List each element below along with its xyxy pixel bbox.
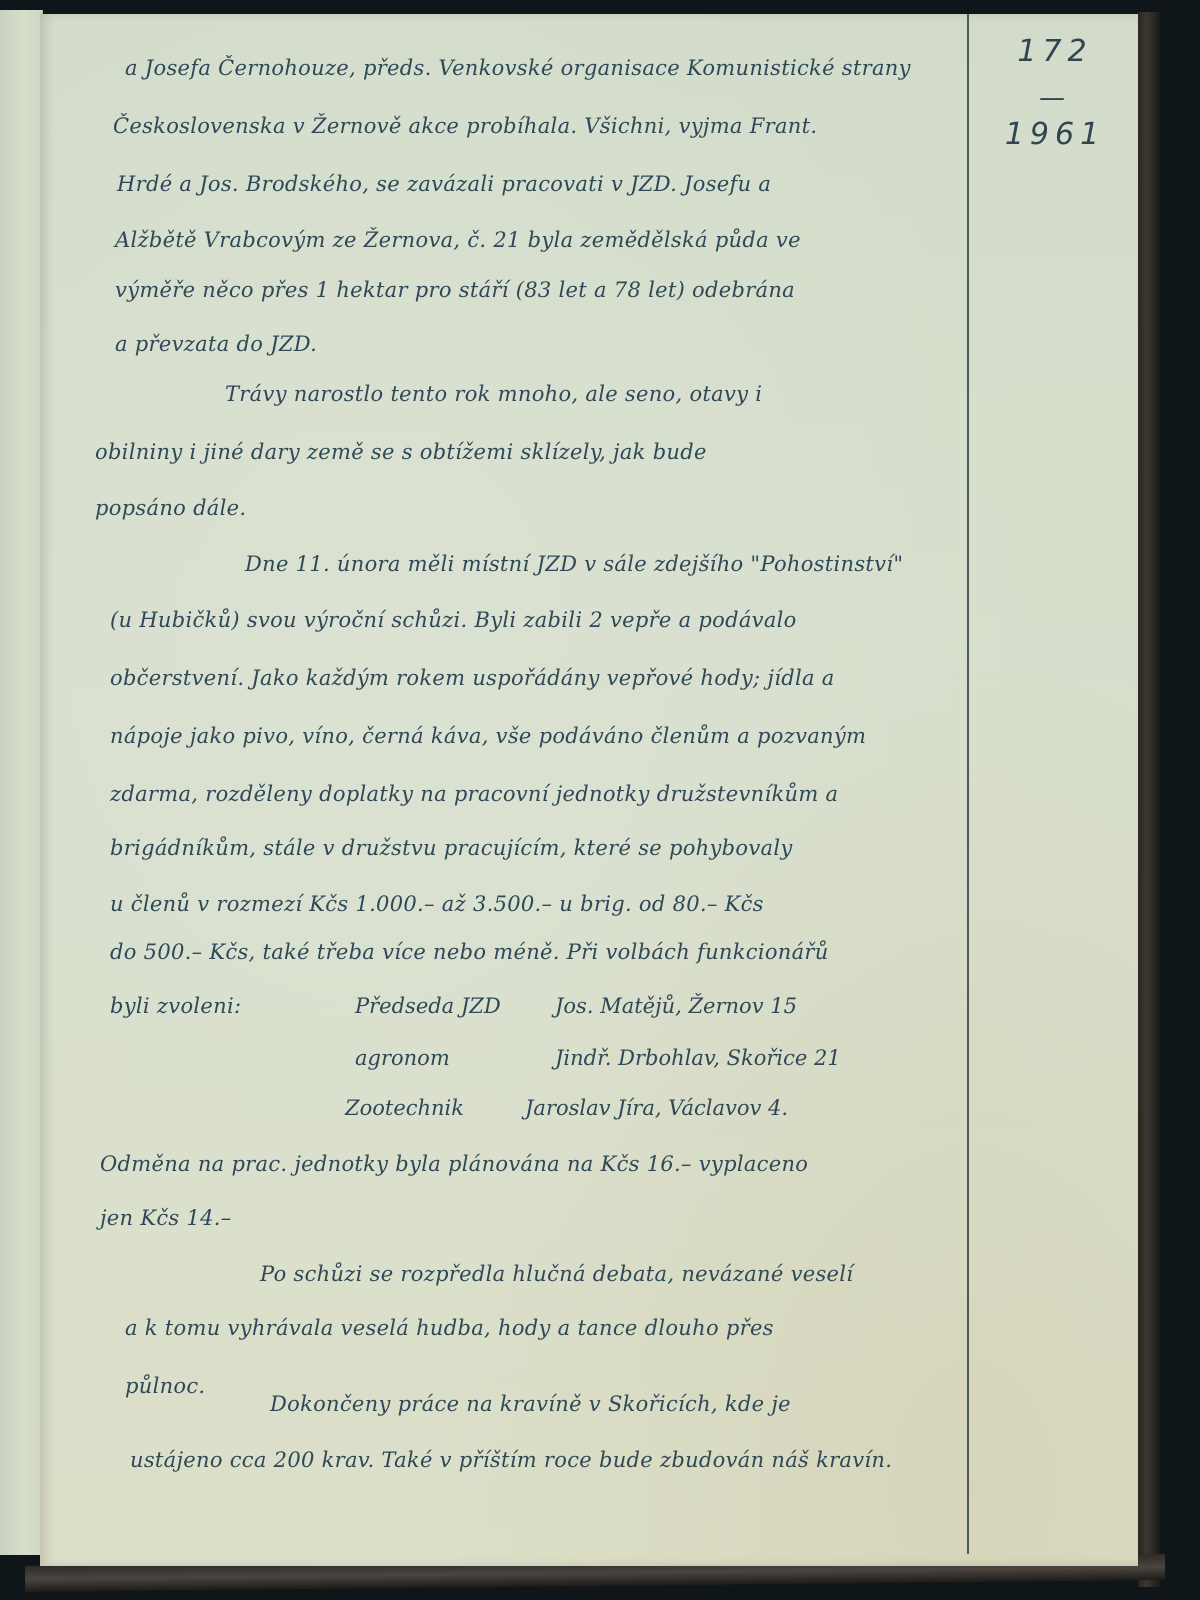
paragraph-start: Dne 11. února měli místní JZD v sále zde… xyxy=(245,552,903,576)
text-line: zdarma, rozděleny doplatky na pracovní j… xyxy=(110,782,838,806)
chronicle-page: 172 — 1961 a Josefa Černohouze, předs. V… xyxy=(40,14,1138,1566)
margin-rule xyxy=(967,14,969,1554)
text-line: (u Hubičků) svou výroční schůzi. Byli za… xyxy=(110,608,797,632)
text-line: nápoje jako pivo, víno, černá káva, vše … xyxy=(110,724,866,748)
text-line: půlnoc. xyxy=(125,1374,205,1398)
text-line: a Josefa Černohouze, předs. Venkovské or… xyxy=(125,56,911,80)
text-line: popsáno dále. xyxy=(95,496,246,520)
text-line: byli zvoleni: xyxy=(110,994,241,1018)
paragraph-start: Po schůzi se rozpředla hlučná debata, ne… xyxy=(260,1262,853,1286)
text-line: Alžbětě Vrabcovým ze Žernova, č. 21 byla… xyxy=(115,228,801,252)
facing-page-edge xyxy=(0,10,43,1555)
text-line: občerstvení. Jako každým rokem uspořádán… xyxy=(110,666,835,690)
text-line: Československa v Žernově akce probíhala.… xyxy=(113,114,817,138)
book-cover-edge xyxy=(1138,12,1160,1587)
text-line: a k tomu vyhrávala veselá hudba, hody a … xyxy=(125,1316,774,1340)
text-line: u členů v rozmezí Kčs 1.000.– až 3.500.–… xyxy=(110,892,764,916)
text-line: Odměna na prac. jednotky byla plánována … xyxy=(100,1152,808,1176)
official-role: Zootechnik xyxy=(345,1096,464,1120)
official-name: Jaroslav Jíra, Václavov 4. xyxy=(525,1096,788,1120)
text-line: jen Kčs 14.– xyxy=(100,1206,232,1230)
margin-separator: — xyxy=(975,83,1135,113)
text-line: Hrdé a Jos. Brodského, se zavázali praco… xyxy=(117,172,771,196)
paragraph-start: Trávy narostlo tento rok mnoho, ale seno… xyxy=(225,382,762,406)
page-number: 172 xyxy=(975,34,1135,69)
text-line: výměře něco přes 1 hektar pro stáří (83 … xyxy=(115,278,795,302)
year-label: 1961 xyxy=(975,117,1135,152)
text-line: do 500.– Kčs, také třeba více nebo méně.… xyxy=(110,940,829,964)
official-name: Jindř. Drbohlav, Skořice 21 xyxy=(555,1046,841,1070)
text-line: obilniny i jiné dary země se s obtížemi … xyxy=(95,440,707,464)
text-line: ustájeno cca 200 krav. Také v příštím ro… xyxy=(130,1448,892,1472)
margin-column: 172 — 1961 xyxy=(975,34,1135,152)
official-name: Jos. Matějů, Žernov 15 xyxy=(555,994,797,1018)
official-role: Předseda JZD xyxy=(355,994,501,1018)
text-line: brigádníkům, stále v družstvu pracujícím… xyxy=(110,836,793,860)
text-line: a převzata do JZD. xyxy=(115,332,317,356)
official-role: agronom xyxy=(355,1046,450,1070)
paragraph-start: Dokončeny práce na kravíně v Skořicích, … xyxy=(270,1392,791,1416)
